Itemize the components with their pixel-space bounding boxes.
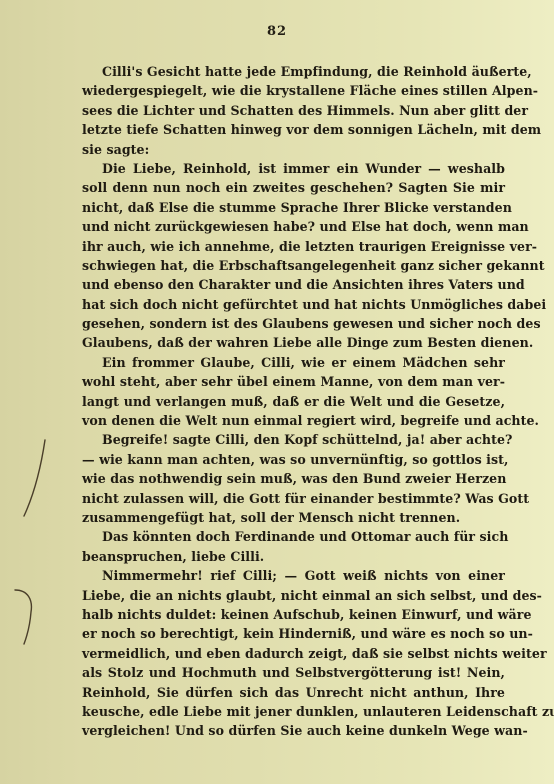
text-line: wie das nothwendig sein muß, was den Bun… <box>82 469 505 488</box>
text-line: und ebenso den Charakter und die Ansicht… <box>82 275 505 294</box>
text-line: Liebe, die an nichts glaubt, nicht einma… <box>82 586 505 605</box>
text-line: Das könnten doch Ferdinande und Ottomar … <box>82 527 505 546</box>
text-line: sie sagte: <box>82 140 505 159</box>
text-line: sees die Lichter und Schatten des Himmel… <box>82 101 505 120</box>
pencil-stroke-mark <box>0 0 80 784</box>
text-line: soll denn nun noch ein zweites geschehen… <box>82 178 505 197</box>
text-line: nicht zulassen will, die Gott für einand… <box>82 489 505 508</box>
text-line: Cilli's Gesicht hatte jede Empfindung, d… <box>82 62 505 81</box>
text-line: Ein frommer Glaube, Cilli, wie er einem … <box>82 353 505 372</box>
text-line: vermeidlich, und eben dadurch zeigt, daß… <box>82 644 505 663</box>
text-line: keusche, edle Liebe mit jener dunklen, u… <box>82 702 505 721</box>
text-line: vergleichen! Und so dürfen Sie auch kein… <box>82 721 505 740</box>
body-text: Cilli's Gesicht hatte jede Empfindung, d… <box>82 62 505 741</box>
text-line: und nicht zurückgewiesen habe? und Else … <box>82 217 505 236</box>
text-line: nicht, daß Else die stumme Sprache Ihrer… <box>82 198 505 217</box>
text-line: halb nichts duldet: keinen Aufschub, kei… <box>82 605 505 624</box>
text-line: Reinhold, Sie dürfen sich das Unrecht ni… <box>82 683 505 702</box>
text-line: ihr auch, wie ich annehme, die letzten t… <box>82 237 505 256</box>
book-page: 82 Cilli's Gesicht hatte jede Empfindung… <box>0 0 554 784</box>
page-number: 82 <box>0 24 554 39</box>
pencil-bracket-mark <box>0 0 80 784</box>
text-line: als Stolz und Hochmuth und Selbstvergött… <box>82 663 505 682</box>
text-line: langt und verlangen muß, daß er die Welt… <box>82 392 505 411</box>
text-line: Begreife! sagte Cilli, den Kopf schüttel… <box>82 430 505 449</box>
text-line: hat sich doch nicht gefürchtet und hat n… <box>82 295 505 314</box>
text-line: letzte tiefe Schatten hinweg vor dem son… <box>82 120 505 139</box>
text-line: gesehen, sondern ist des Glaubens gewese… <box>82 314 505 333</box>
text-line: zusammengefügt hat, soll der Mensch nich… <box>82 508 505 527</box>
text-line: Nimmermehr! rief Cilli; — Gott weiß nich… <box>82 566 505 585</box>
text-line: wiedergespiegelt, wie die krystallene Fl… <box>82 81 505 100</box>
text-line: Die Liebe, Reinhold, ist immer ein Wunde… <box>82 159 505 178</box>
text-line: wohl steht, aber sehr übel einem Manne, … <box>82 372 505 391</box>
text-line: er noch so berechtigt, kein Hinderniß, u… <box>82 624 505 643</box>
text-line: schwiegen hat, die Erbschaftsangelegenhe… <box>82 256 505 275</box>
text-line: von denen die Welt nun einmal regiert wi… <box>82 411 505 430</box>
text-line: beanspruchen, liebe Cilli. <box>82 547 505 566</box>
text-line: Glaubens, daß der wahren Liebe alle Ding… <box>82 333 505 352</box>
text-line: — wie kann man achten, was so unvernünft… <box>82 450 505 469</box>
